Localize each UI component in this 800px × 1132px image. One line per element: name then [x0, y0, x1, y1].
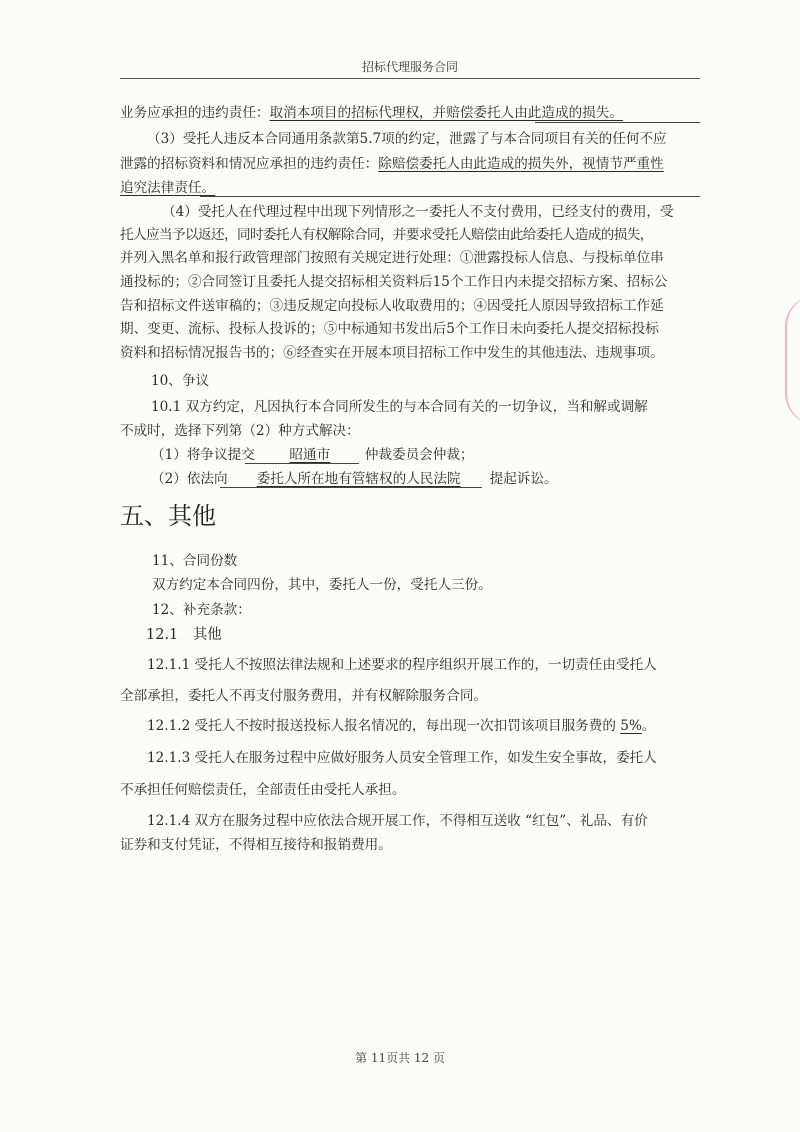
text-line: （3）受托人违反本合同通用条款第5.7项的约定，泄露了与本合同项目有关的任何不应 — [120, 129, 727, 149]
clause-heading-12: 12、补充条款： — [152, 600, 732, 620]
paragraph-line: 双方约定本合同四份，其中，委托人一份，受托人三份。 — [152, 575, 732, 595]
dispute-option-1: （1）将争议提交昭通市仲裁委员会仲裁； — [151, 445, 731, 465]
clause-label: 业务应承担的违约责任： — [120, 105, 270, 121]
option-label: （1）将争议提交 — [151, 447, 255, 463]
clause-label: 泄露的招标资料和情况应承担的违约责任： — [120, 156, 378, 172]
clause-12-1-2: 12.1.2 受托人不按时报送投标人报名情况的，每出现一次扣罚该项目服务费的 5… — [147, 716, 727, 736]
text-line: 追究法律责任。 — [120, 178, 700, 198]
paragraph-line: 期、变更、流标、投标人投诉的；⑤中标通知书发出后5个工作日未向委托人提交招标投标 — [120, 319, 700, 339]
header-rule — [120, 78, 700, 79]
text-line: 业务应承担的违约责任：取消本项目的招标代理权，并赔偿委托人由此造成的损失。 — [120, 103, 700, 123]
clause-text: 12.1.2 受托人不按时报送投标人报名情况的，每出现一次扣罚该项目服务费的 — [147, 718, 620, 734]
paragraph-line: 全部承担，委托人不再支付服务费用，并有权解除服务合同。 — [120, 686, 700, 706]
clause-text-end: 。 — [642, 718, 656, 734]
paragraph-line: 12.1.4 双方在服务过程中应依法合规开展工作，不得相互送收 “红包”、礼品、… — [147, 811, 700, 831]
fill-underline — [245, 463, 359, 464]
seal-stamp-partial — [785, 295, 800, 425]
fill-underline — [200, 196, 700, 197]
penalty-percent: 5% — [620, 718, 642, 734]
fill-underline — [220, 487, 482, 488]
option-suffix: 仲裁委员会仲裁； — [365, 447, 474, 463]
filled-value: 追究法律责任。 — [120, 180, 215, 196]
paragraph-line: 托人应当予以返还，同时委托人有权解除合同，并要求受托人赔偿由此给委托人造成的损失… — [120, 225, 700, 245]
paragraph-line: 10.1 双方约定，凡因执行本合同所发生的与本合同有关的一切争议，当和解或调解 — [151, 397, 700, 417]
paragraph-line: （4）受托人在代理过程中出现下列情形之一委托人不支付费用，已经支付的费用，受 — [120, 202, 742, 222]
paragraph-line: 告和招标文件送审稿的；③违反规定向投标人收取费用的；④因受托人原因导致招标工作延 — [120, 296, 700, 316]
clause-heading-11: 11、合同份数 — [152, 551, 732, 571]
paragraph-line: 不承担任何赔偿责任，全部责任由受托人承担。 — [120, 780, 700, 800]
clause-heading-12-1: 12.1 其他 — [146, 625, 726, 645]
text-line: 泄露的招标资料和情况应承担的违约责任：除赔偿委托人由此造成的损失外，视情节严重性 — [120, 154, 700, 174]
paragraph-line: 并列入黑名单和报行政管理部门按照有关规定进行处理：①泄露投标人信息、与投标单位串 — [120, 248, 700, 268]
fill-underline — [535, 122, 700, 123]
option-suffix: 提起诉讼。 — [490, 471, 558, 487]
paragraph-line: 通投标的；②合同签订且委托人提交招标相关资料后15个工作日内未提交招标方案、招标… — [120, 272, 700, 292]
paragraph-line: 不成时，选择下列第（2）种方式解决： — [120, 421, 700, 441]
filled-value: 取消本项目的招标代理权，并赔偿委托人由此造成的损失。 — [270, 105, 623, 121]
option-label: （2）依法向 — [151, 471, 228, 487]
paragraph-line: 证券和支付凭证，不得相互接待和报销费用。 — [120, 835, 700, 855]
running-header-title: 招标代理服务合同 — [120, 58, 700, 75]
filled-value: 昭通市 — [255, 445, 365, 465]
document-page: 招标代理服务合同 业务应承担的违约责任：取消本项目的招标代理权，并赔偿委托人由此… — [0, 0, 800, 1132]
clause-heading-10: 10、争议 — [151, 371, 731, 391]
section-heading: 五、其他 — [120, 500, 216, 532]
filled-value: 除赔偿委托人由此造成的损失外，视情节严重性 — [378, 156, 663, 172]
filled-value: 委托人所在地有管辖权的人民法院 — [228, 469, 490, 489]
dispute-option-2: （2）依法向委托人所在地有管辖权的人民法院提起诉讼。 — [151, 469, 731, 489]
paragraph-line: 资料和招标情况报告书的；⑥经查实在开展本项目招标工作中发生的其他违法、违规事项。 — [120, 343, 700, 363]
page-number: 第 11页共 12 页 — [0, 1049, 800, 1066]
paragraph-line: 12.1.3 受托人在服务过程中应做好服务人员安全管理工作，如发生安全事故，委托… — [147, 748, 700, 768]
paragraph-line: 12.1.1 受托人不按照法律法规和上述要求的程序组织开展工作的，一切责任由受托… — [147, 655, 700, 675]
